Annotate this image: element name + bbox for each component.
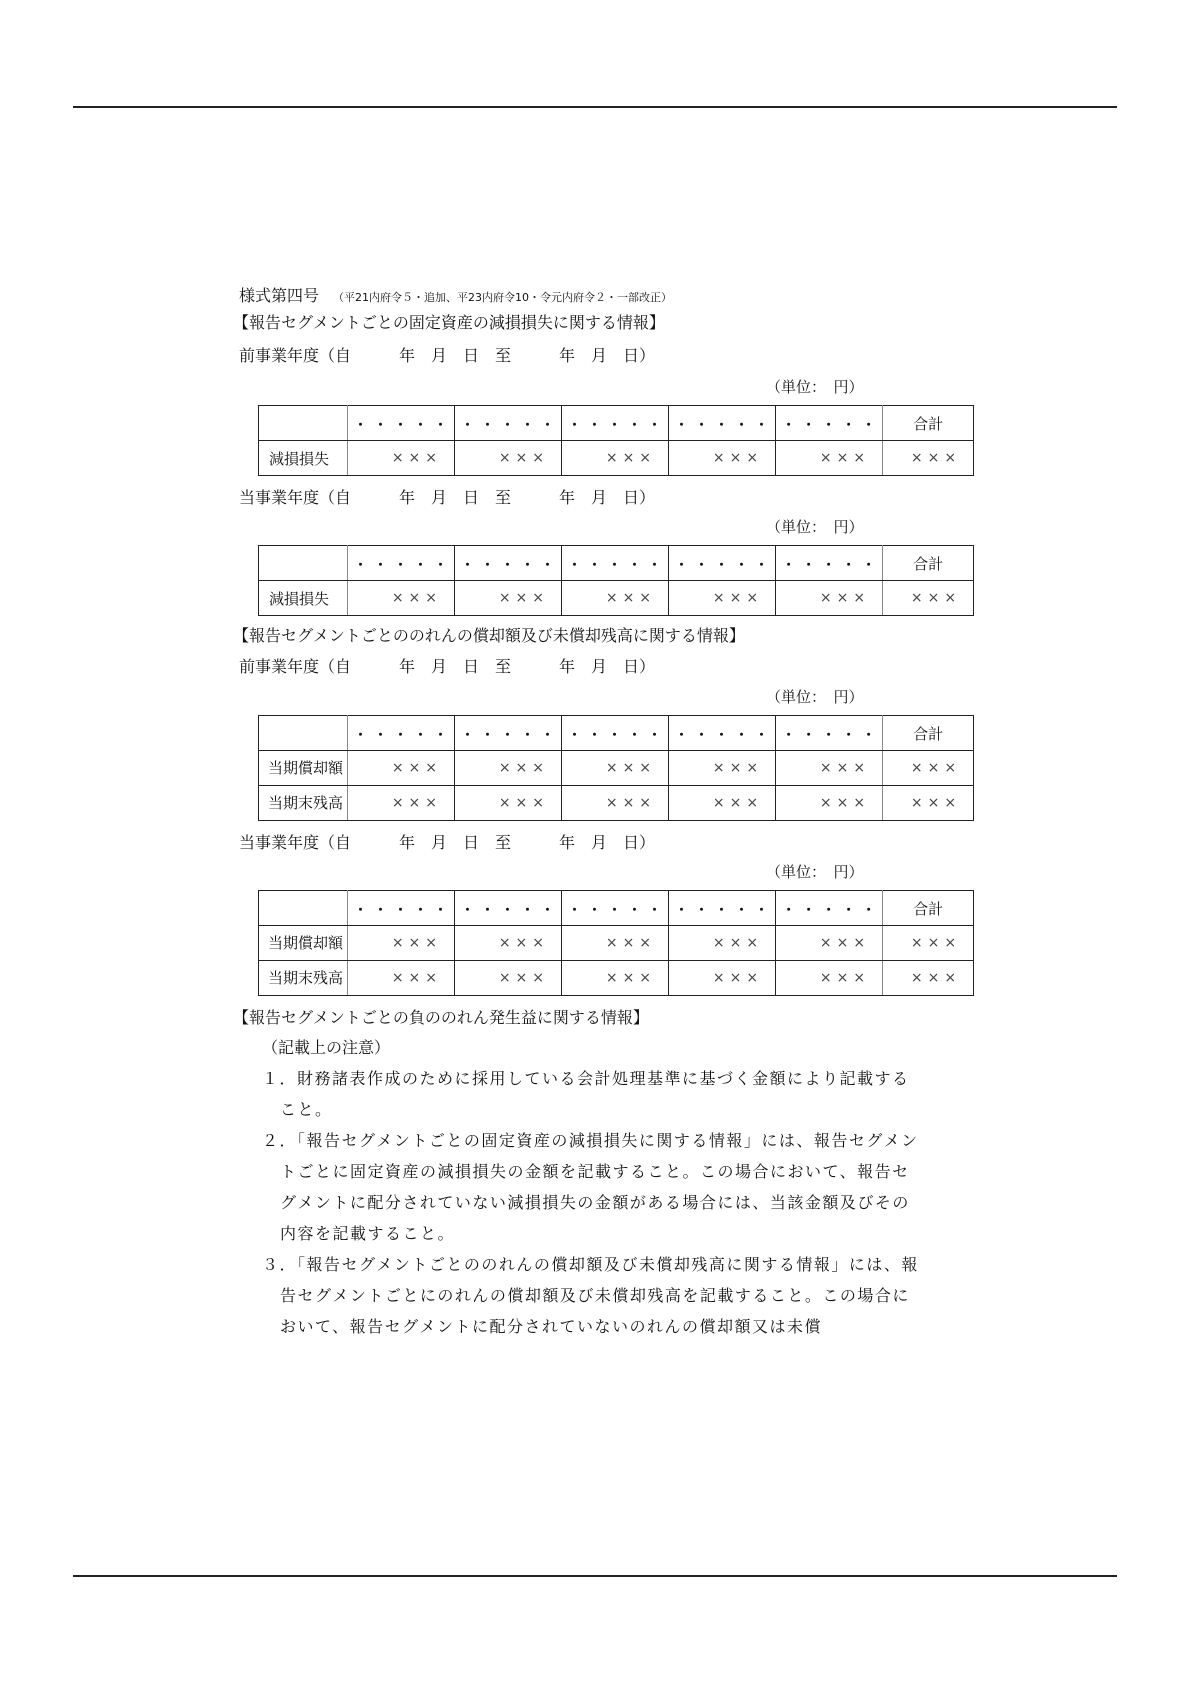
row-label: 当期末残高 bbox=[259, 786, 348, 821]
row-label: 減損損失 bbox=[259, 581, 348, 616]
amendment-note: （平21内府令５・追加、平23内府令10・令元内府令２・一部改正） bbox=[333, 291, 672, 304]
table-row: 当期償却額 ××× ××× ××× ××× ××× ××× bbox=[259, 751, 974, 786]
total-cell: ××× bbox=[883, 935, 973, 951]
value-cell: ××× bbox=[669, 450, 775, 466]
header-cell-segment: ・・・・・ bbox=[562, 546, 669, 581]
header-cell-blank bbox=[259, 716, 348, 751]
total-cell: ××× bbox=[883, 970, 973, 986]
header-cell-segment: ・・・・・ bbox=[776, 546, 883, 581]
table-row: 当期末残高 ××× ××× ××× ××× ××× ××× bbox=[259, 786, 974, 821]
header-cell-segment: ・・・・・ bbox=[455, 716, 562, 751]
value-cell: ××× bbox=[348, 795, 454, 811]
header-cell-total: 合計 bbox=[883, 891, 974, 926]
header-cell-blank bbox=[259, 891, 348, 926]
header-cell-segment: ・・・・・ bbox=[455, 546, 562, 581]
goodwill-table-current: ・・・・・ ・・・・・ ・・・・・ ・・・・・ ・・・・・ 合計 当期償却額 ×… bbox=[258, 890, 974, 996]
total-cell: ××× bbox=[883, 450, 973, 466]
value-cell: ××× bbox=[455, 760, 561, 776]
note-item-3: ３．「報告セグメントごとののれんの償却額及び未償却残高に関する情報」には、報告セ… bbox=[262, 1249, 920, 1342]
header-cell-segment: ・・・・・ bbox=[562, 406, 669, 441]
unit-label: （単位： 円） bbox=[766, 517, 864, 537]
value-cell: ××× bbox=[348, 935, 454, 951]
header-cell-segment: ・・・・・ bbox=[669, 546, 776, 581]
value-cell: ××× bbox=[562, 795, 668, 811]
header-cell-segment: ・・・・・ bbox=[562, 716, 669, 751]
value-cell: ××× bbox=[562, 760, 668, 776]
period-label-current: 当事業年度（自 年 月 日 至 年 月 日） bbox=[239, 833, 655, 853]
row-label: 減損損失 bbox=[259, 441, 348, 476]
goodwill-table-prior: ・・・・・ ・・・・・ ・・・・・ ・・・・・ ・・・・・ 合計 当期償却額 ×… bbox=[258, 715, 974, 821]
table-header-row: ・・・・・ ・・・・・ ・・・・・ ・・・・・ ・・・・・ 合計 bbox=[259, 716, 974, 751]
form-title: 様式第四号 bbox=[239, 286, 319, 305]
value-cell: ××× bbox=[455, 590, 561, 606]
header-cell-segment: ・・・・・ bbox=[348, 546, 455, 581]
section-heading-impairment: 【報告セグメントごとの固定資産の減損損失に関する情報】 bbox=[233, 313, 665, 333]
value-cell: ××× bbox=[669, 795, 775, 811]
table-header-row: ・・・・・ ・・・・・ ・・・・・ ・・・・・ ・・・・・ 合計 bbox=[259, 406, 974, 441]
footer-rule bbox=[73, 1575, 1117, 1577]
table-row: 当期末残高 ××× ××× ××× ××× ××× ××× bbox=[259, 961, 974, 996]
period-label-current: 当事業年度（自 年 月 日 至 年 月 日） bbox=[239, 488, 655, 508]
value-cell: ××× bbox=[348, 970, 454, 986]
value-cell: ××× bbox=[669, 970, 775, 986]
period-label-prior: 前事業年度（自 年 月 日 至 年 月 日） bbox=[239, 657, 655, 677]
total-cell: ××× bbox=[883, 795, 973, 811]
value-cell: ××× bbox=[455, 970, 561, 986]
header-cell-segment: ・・・・・ bbox=[669, 406, 776, 441]
form-title-line: 様式第四号（平21内府令５・追加、平23内府令10・令元内府令２・一部改正） bbox=[239, 286, 672, 308]
unit-label: （単位： 円） bbox=[766, 862, 864, 882]
header-cell-blank bbox=[259, 546, 348, 581]
notes-title: （記載上の注意） bbox=[262, 1038, 390, 1058]
impairment-table-prior: ・・・・・ ・・・・・ ・・・・・ ・・・・・ ・・・・・ 合計 減損損失 ××… bbox=[258, 405, 974, 476]
header-cell-segment: ・・・・・ bbox=[669, 716, 776, 751]
unit-label: （単位： 円） bbox=[766, 687, 864, 707]
value-cell: ××× bbox=[776, 450, 882, 466]
value-cell: ××× bbox=[455, 795, 561, 811]
value-cell: ××× bbox=[776, 935, 882, 951]
row-label: 当期末残高 bbox=[259, 961, 348, 996]
table-row: 当期償却額 ××× ××× ××× ××× ××× ××× bbox=[259, 926, 974, 961]
value-cell: ××× bbox=[562, 935, 668, 951]
row-label: 当期償却額 bbox=[259, 926, 348, 961]
total-cell: ××× bbox=[883, 590, 973, 606]
value-cell: ××× bbox=[348, 590, 454, 606]
header-cell-segment: ・・・・・ bbox=[776, 406, 883, 441]
note-item-2: ２．「報告セグメントごとの固定資産の減損損失に関する情報」には、報告セグメントご… bbox=[262, 1125, 920, 1249]
section-heading-goodwill: 【報告セグメントごとののれんの償却額及び未償却残高に関する情報】 bbox=[233, 626, 745, 646]
header-cell-segment: ・・・・・ bbox=[348, 716, 455, 751]
header-cell-total: 合計 bbox=[883, 546, 974, 581]
period-label-prior: 前事業年度（自 年 月 日 至 年 月 日） bbox=[239, 346, 655, 366]
header-cell-segment: ・・・・・ bbox=[455, 891, 562, 926]
header-cell-total: 合計 bbox=[883, 406, 974, 441]
value-cell: ××× bbox=[455, 450, 561, 466]
value-cell: ××× bbox=[776, 795, 882, 811]
value-cell: ××× bbox=[669, 935, 775, 951]
header-cell-segment: ・・・・・ bbox=[348, 406, 455, 441]
section-heading-negative-goodwill: 【報告セグメントごとの負ののれん発生益に関する情報】 bbox=[233, 1008, 649, 1028]
value-cell: ××× bbox=[776, 760, 882, 776]
total-cell: ××× bbox=[883, 760, 973, 776]
impairment-table-current: ・・・・・ ・・・・・ ・・・・・ ・・・・・ ・・・・・ 合計 減損損失 ××… bbox=[258, 545, 974, 616]
value-cell: ××× bbox=[348, 760, 454, 776]
table-header-row: ・・・・・ ・・・・・ ・・・・・ ・・・・・ ・・・・・ 合計 bbox=[259, 891, 974, 926]
value-cell: ××× bbox=[455, 935, 561, 951]
header-cell-segment: ・・・・・ bbox=[455, 406, 562, 441]
note-item-1: １．財務諸表作成のために採用している会計処理基準に基づく金額により記載すること。 bbox=[262, 1063, 920, 1125]
header-cell-segment: ・・・・・ bbox=[776, 891, 883, 926]
value-cell: ××× bbox=[562, 970, 668, 986]
value-cell: ××× bbox=[776, 590, 882, 606]
header-cell-segment: ・・・・・ bbox=[776, 716, 883, 751]
header-rule bbox=[73, 106, 1117, 108]
value-cell: ××× bbox=[669, 760, 775, 776]
row-label: 当期償却額 bbox=[259, 751, 348, 786]
header-cell-total: 合計 bbox=[883, 716, 974, 751]
value-cell: ××× bbox=[562, 450, 668, 466]
value-cell: ××× bbox=[562, 590, 668, 606]
value-cell: ××× bbox=[776, 970, 882, 986]
unit-label: （単位： 円） bbox=[766, 377, 864, 397]
table-header-row: ・・・・・ ・・・・・ ・・・・・ ・・・・・ ・・・・・ 合計 bbox=[259, 546, 974, 581]
header-cell-blank bbox=[259, 406, 348, 441]
value-cell: ××× bbox=[669, 590, 775, 606]
value-cell: ××× bbox=[348, 450, 454, 466]
header-cell-segment: ・・・・・ bbox=[348, 891, 455, 926]
header-cell-segment: ・・・・・ bbox=[669, 891, 776, 926]
table-row: 減損損失 ××× ××× ××× ××× ××× ××× bbox=[259, 581, 974, 616]
table-row: 減損損失 ××× ××× ××× ××× ××× ××× bbox=[259, 441, 974, 476]
header-cell-segment: ・・・・・ bbox=[562, 891, 669, 926]
